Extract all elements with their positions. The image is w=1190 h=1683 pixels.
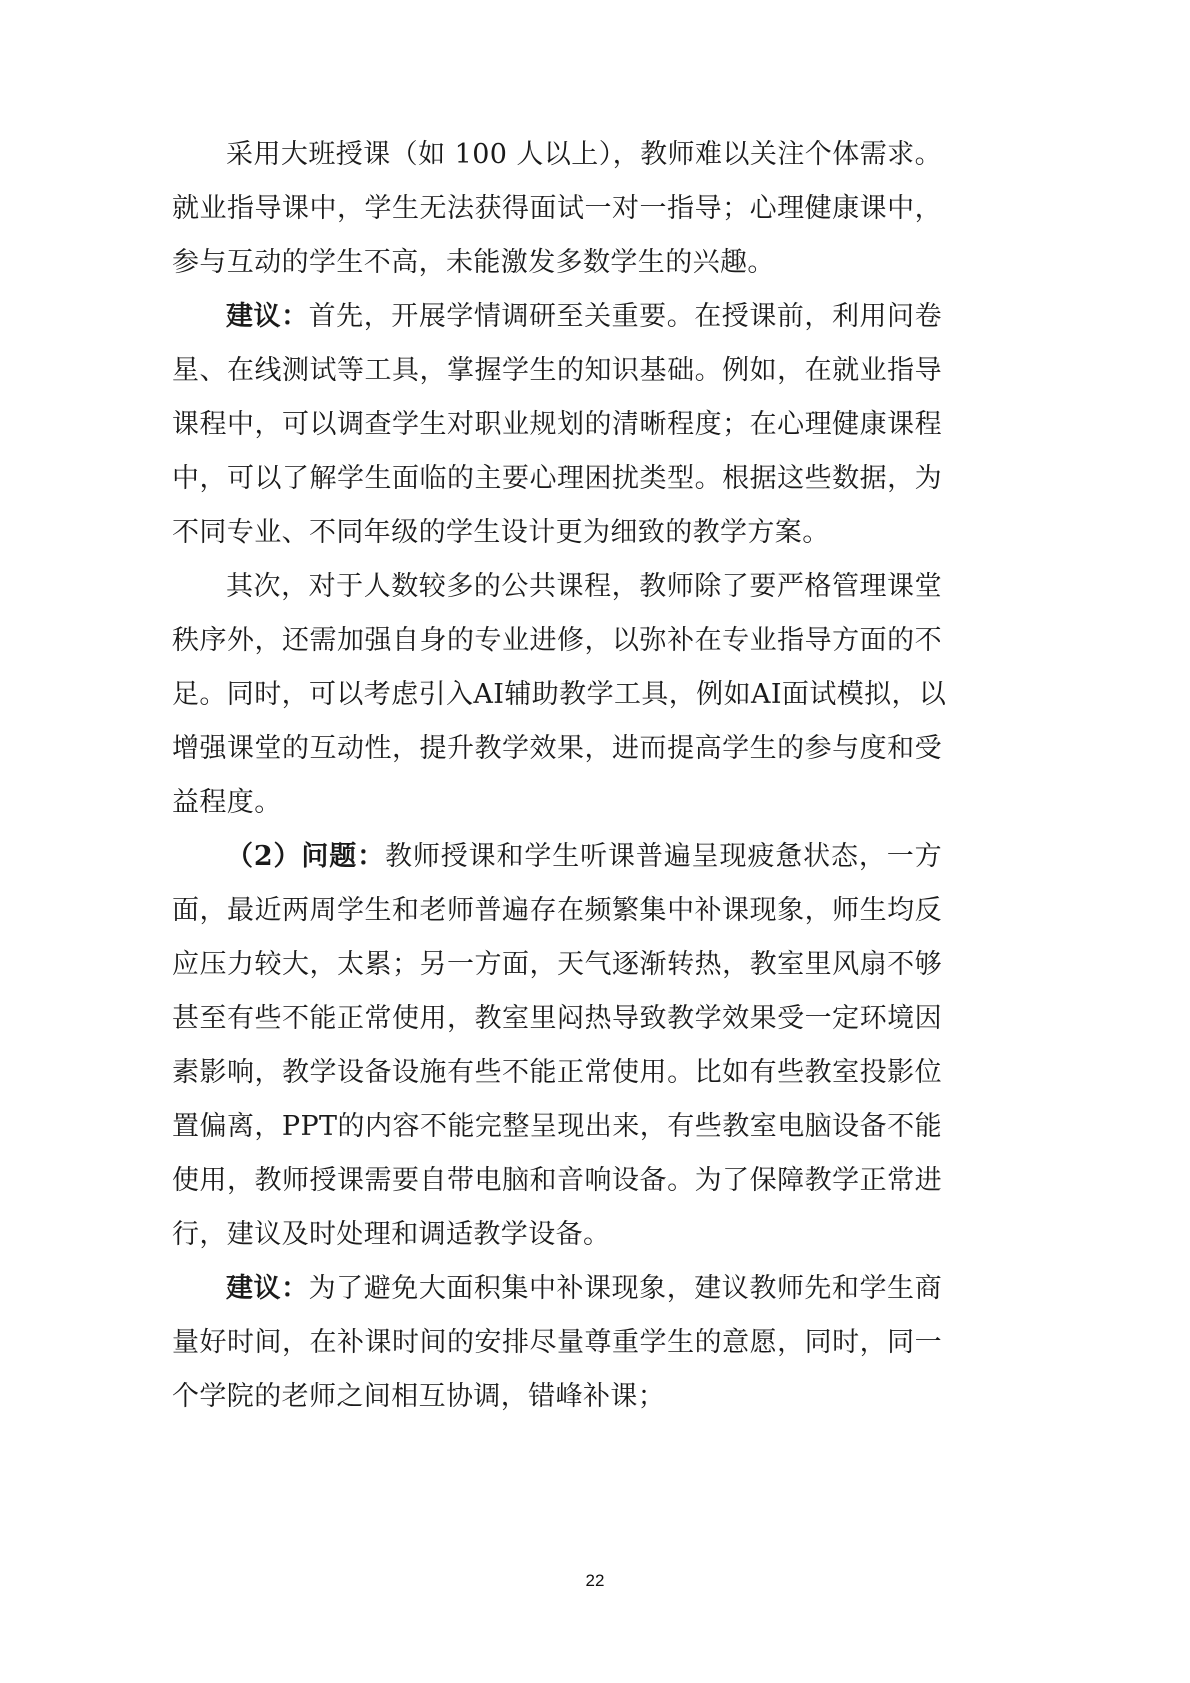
text-line: 益程度。 — [172, 776, 942, 830]
text-line: 量好时间，在补课时间的安排尽量尊重学生的意愿，同时，同一 — [172, 1316, 942, 1370]
text-line: 甚至有些不能正常使用，教室里闷热导致教学效果受一定环境因 — [172, 992, 942, 1046]
paragraph-public-course: 其次，对于人数较多的公共课程，教师除了要严格管理课堂 秩序外，还需加强自身的专业… — [172, 560, 942, 830]
text-line: 采用大班授课（如 100 人以上），教师难以关注个体需求。 — [172, 128, 942, 182]
text-line: 置偏离，PPT的内容不能完整呈现出来，有些教室电脑设备不能 — [172, 1100, 942, 1154]
text-line: 参与互动的学生不高，未能激发多数学生的兴趣。 — [172, 236, 942, 290]
paragraph-fatigue-issue: （2）问题：教师授课和学生听课普遍呈现疲惫状态，一方 面，最近两周学生和老师普遍… — [172, 830, 942, 1262]
paragraph-suggestion-schedule: 建议：为了避免大面积集中补课现象，建议教师先和学生商 量好时间，在补课时间的安排… — [172, 1262, 942, 1424]
text-line: 素影响，教学设备设施有些不能正常使用。比如有些教室投影位 — [172, 1046, 942, 1100]
text-line: 不同专业、不同年级的学生设计更为细致的教学方案。 — [172, 506, 942, 560]
text-line: 应压力较大，太累；另一方面，天气逐渐转热，教室里风扇不够 — [172, 938, 942, 992]
text-line: 其次，对于人数较多的公共课程，教师除了要严格管理课堂 — [172, 560, 942, 614]
page-number: 22 — [0, 1571, 1190, 1591]
text-line: 就业指导课中，学生无法获得面试一对一指导；心理健康课中， — [172, 182, 942, 236]
text-line: 足。同时，可以考虑引入AI辅助教学工具，例如AI面试模拟，以 — [172, 668, 942, 722]
text-line: 星、在线测试等工具，掌握学生的知识基础。例如，在就业指导 — [172, 344, 942, 398]
text-line: 秩序外，还需加强自身的专业进修，以弥补在专业指导方面的不 — [172, 614, 942, 668]
text-line: 增强课堂的互动性，提升教学效果，进而提高学生的参与度和受 — [172, 722, 942, 776]
text-line: 课程中，可以调查学生对职业规划的清晰程度；在心理健康课程 — [172, 398, 942, 452]
text-span: 首先，开展学情调研至关重要。在授课前，利用问卷 — [309, 301, 942, 332]
text-line: 行，建议及时处理和调适教学设备。 — [172, 1208, 942, 1262]
suggestion-label: 建议： — [226, 1273, 309, 1304]
text-line: 建议：首先，开展学情调研至关重要。在授课前，利用问卷 — [172, 290, 942, 344]
text-line: 中，可以了解学生面临的主要心理困扰类型。根据这些数据，为 — [172, 452, 942, 506]
issue-label: （2）问题： — [226, 841, 385, 872]
text-span: 教师授课和学生听课普遍呈现疲惫状态，一方 — [385, 841, 942, 872]
document-page: 采用大班授课（如 100 人以上），教师难以关注个体需求。 就业指导课中，学生无… — [172, 128, 942, 1424]
paragraph-large-class-issue: 采用大班授课（如 100 人以上），教师难以关注个体需求。 就业指导课中，学生无… — [172, 128, 942, 290]
text-line: 使用，教师授课需要自带电脑和音响设备。为了保障教学正常进 — [172, 1154, 942, 1208]
text-line: 个学院的老师之间相互协调，错峰补课； — [172, 1370, 942, 1424]
paragraph-suggestion-survey: 建议：首先，开展学情调研至关重要。在授课前，利用问卷 星、在线测试等工具，掌握学… — [172, 290, 942, 560]
text-line: 面，最近两周学生和老师普遍存在频繁集中补课现象，师生均反 — [172, 884, 942, 938]
text-span: 为了避免大面积集中补课现象，建议教师先和学生商 — [309, 1273, 942, 1304]
text-line: 建议：为了避免大面积集中补课现象，建议教师先和学生商 — [172, 1262, 942, 1316]
text-line: （2）问题：教师授课和学生听课普遍呈现疲惫状态，一方 — [172, 830, 942, 884]
suggestion-label: 建议： — [226, 301, 309, 332]
